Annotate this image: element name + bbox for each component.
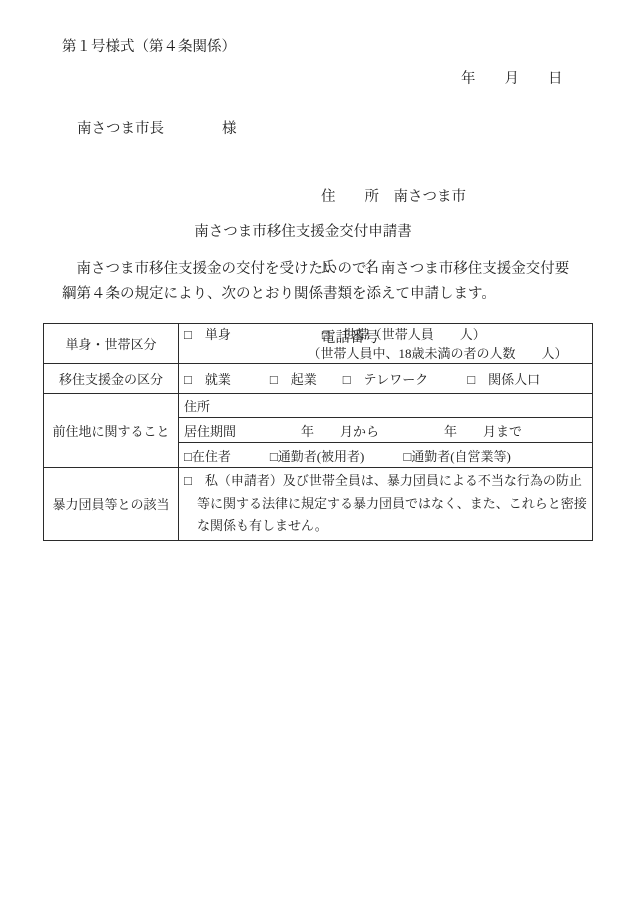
applicant-address-line: 住 所 南さつま市	[321, 186, 466, 210]
date-line: 年 月 日	[461, 67, 563, 88]
application-table: 単身・世帯区分 □ 単身 □ 世帯（世帯人員 人） （世帯人員中、18歳未満の者…	[43, 323, 593, 541]
row-gang-affiliation: 暴力団員等との該当 □ 私（申請者）及び世帯全員は、暴力団員による不当な行為の防…	[44, 468, 593, 541]
gang-affiliation-label: 暴力団員等との該当	[44, 468, 179, 541]
body-paragraph: 南さつま市移住支援金の交付を受けたいので、南さつま市移住支援金交付要 綱第４条の…	[62, 257, 574, 306]
previous-residence-label: 前住地に関すること	[44, 394, 179, 468]
addressee-line: 南さつま市長 様	[77, 117, 237, 138]
grant-type-label: 移住支援金の区分	[44, 364, 179, 394]
document-page: 第１号様式（第４条関係） 年 月 日 南さつま市長 様 住 所 南さつま市 氏 …	[0, 0, 630, 903]
row-grant-type: 移住支援金の区分 □ 就業 □ 起業 □ テレワーク □ 関係人口	[44, 364, 593, 394]
grant-type-options: □ 就業 □ 起業 □ テレワーク □ 関係人口	[179, 364, 593, 394]
form-number: 第１号様式（第４条関係）	[62, 35, 236, 56]
household-type-label: 単身・世帯区分	[44, 324, 179, 364]
gang-affiliation-statement: □ 私（申請者）及び世帯全員は、暴力団員による不当な行為の防止 等に関する法律に…	[179, 468, 593, 541]
previous-residence-period: 居住期間 年 月から 年 月まで	[179, 418, 593, 443]
row-household-type: 単身・世帯区分 □ 単身 □ 世帯（世帯人員 人） （世帯人員中、18歳未満の者…	[44, 324, 593, 364]
previous-residence-status-options: □在住者 □通勤者(被用者) □通勤者(自営業等)	[179, 443, 593, 468]
form-title: 南さつま市移住支援金交付申請書	[0, 220, 606, 241]
previous-residence-address: 住所	[179, 394, 593, 418]
household-type-options: □ 単身 □ 世帯（世帯人員 人） （世帯人員中、18歳未満の者の人数 人）	[179, 324, 593, 364]
row-previous-residence-address: 前住地に関すること 住所	[44, 394, 593, 418]
